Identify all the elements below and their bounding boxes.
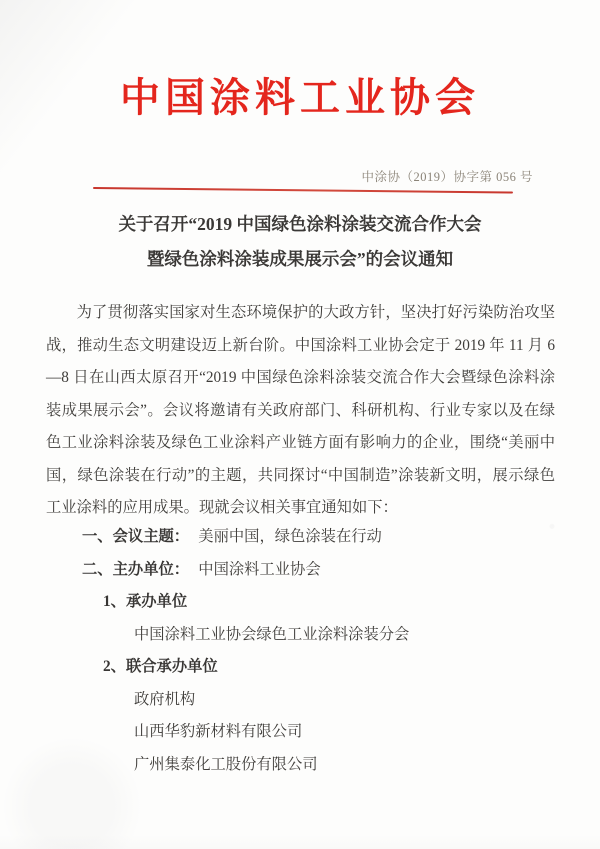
notice-item-list: 一、会议主题：美丽中国，绿色涂装在行动 二、主办单位：中国涂料工业协会 1、承办… bbox=[46, 521, 555, 781]
notice-title-line-2: 暨绿色涂料涂装成果展示会”的会议通知 bbox=[0, 242, 600, 277]
notice-title-line-1: 关于召开“2019 中国绿色涂料涂装交流合作大会 bbox=[0, 207, 600, 242]
subsection-heading-organizer: 1、承办单位 bbox=[46, 586, 555, 619]
co-organizer-government: 政府机构 bbox=[46, 684, 555, 717]
item-value: 中国涂料工业协会 bbox=[198, 561, 320, 578]
co-organizer-company-2: 广州集泰化工股份有限公司 bbox=[46, 749, 555, 782]
organization-title: 中国涂料工业协会 bbox=[0, 66, 600, 123]
item-label: 一、会议主题： bbox=[82, 528, 189, 545]
item-value: 美丽中国，绿色涂装在行动 bbox=[198, 528, 382, 545]
red-divider-rule bbox=[93, 187, 513, 194]
organizer-name: 中国涂料工业协会绿色工业涂料涂装分会 bbox=[46, 619, 555, 652]
list-item-host-unit: 二、主办单位：中国涂料工业协会 bbox=[46, 554, 555, 587]
list-item-meeting-theme: 一、会议主题：美丽中国，绿色涂装在行动 bbox=[46, 521, 555, 554]
co-organizer-company-1: 山西华豹新材料有限公司 bbox=[46, 716, 555, 749]
notice-title: 关于召开“2019 中国绿色涂料涂装交流合作大会 暨绿色涂料涂装成果展示会”的会… bbox=[0, 207, 600, 277]
intro-paragraph: 为了贯彻落实国家对生态环境保护的大政方针，坚决打好污染防治攻坚战，推动生态文明建… bbox=[46, 297, 555, 525]
document-number: 中涂协（2019）协字第 056 号 bbox=[0, 167, 533, 185]
scanned-notice-document: 中国涂料工业协会 中涂协（2019）协字第 056 号 关于召开“2019 中国… bbox=[0, 0, 600, 849]
item-label: 二、主办单位： bbox=[82, 561, 189, 578]
subsection-heading-co-organizers: 2、联合承办单位 bbox=[46, 651, 555, 684]
